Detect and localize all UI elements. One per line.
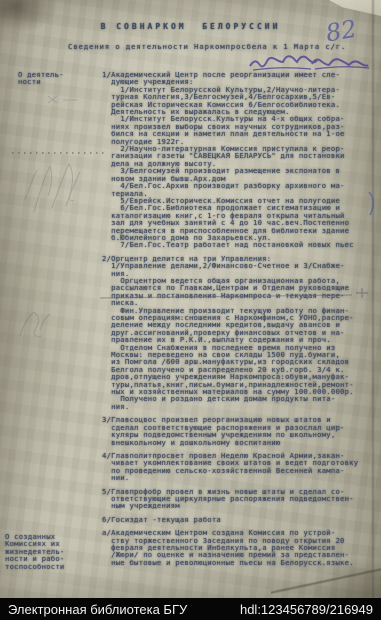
document-body: 1/Академический Центр после реорганизаци… — [102, 71, 381, 572]
document-subtitle: Сведения о деятельности Наркомпросбела к… — [68, 42, 346, 51]
margin-note-commissions: О созданных Комиссиях их жизнедеятель- н… — [5, 533, 100, 570]
pencil-scribbles — [20, 96, 80, 336]
margin-note-activity: О деятель- ности — [18, 71, 108, 86]
library-footer-bar: Электронная библиотека БГУ hdl:123456789… — [0, 598, 381, 620]
document-title: В СОВНАРКОМ БЕЛОРУССИИ — [0, 22, 381, 31]
paragraph-commissions: а/Академическим Центром создана Комиссия… — [102, 529, 381, 566]
paragraph-glavprofobr: 5/Главпрофобр провел в жизнь новые штаты… — [102, 488, 381, 510]
library-name: Электронная библиотека БГУ — [8, 602, 187, 617]
handle-id: hdl:123456789/216949 — [240, 602, 373, 617]
paragraph-gosizdat: 6/Госиздат -текущая работа — [102, 516, 381, 523]
paragraph-glavpolitprosvet: 4/Главполитпросвет провел Неделю Красной… — [102, 452, 381, 482]
paragraph-academic-center: 1/Академический Центр после реорганизаци… — [102, 71, 381, 249]
paragraph-orgcenter: 2/Оргцентр делится на три Управления: 1/… — [102, 255, 381, 411]
paragraph-glavsotsvos: 3/Главсоцвос произвел реорганизацию новы… — [102, 416, 381, 446]
scanned-document-page: В СОВНАРКОМ БЕЛОРУССИИ Сведения о деятел… — [0, 0, 381, 598]
ink-signature — [250, 56, 369, 70]
